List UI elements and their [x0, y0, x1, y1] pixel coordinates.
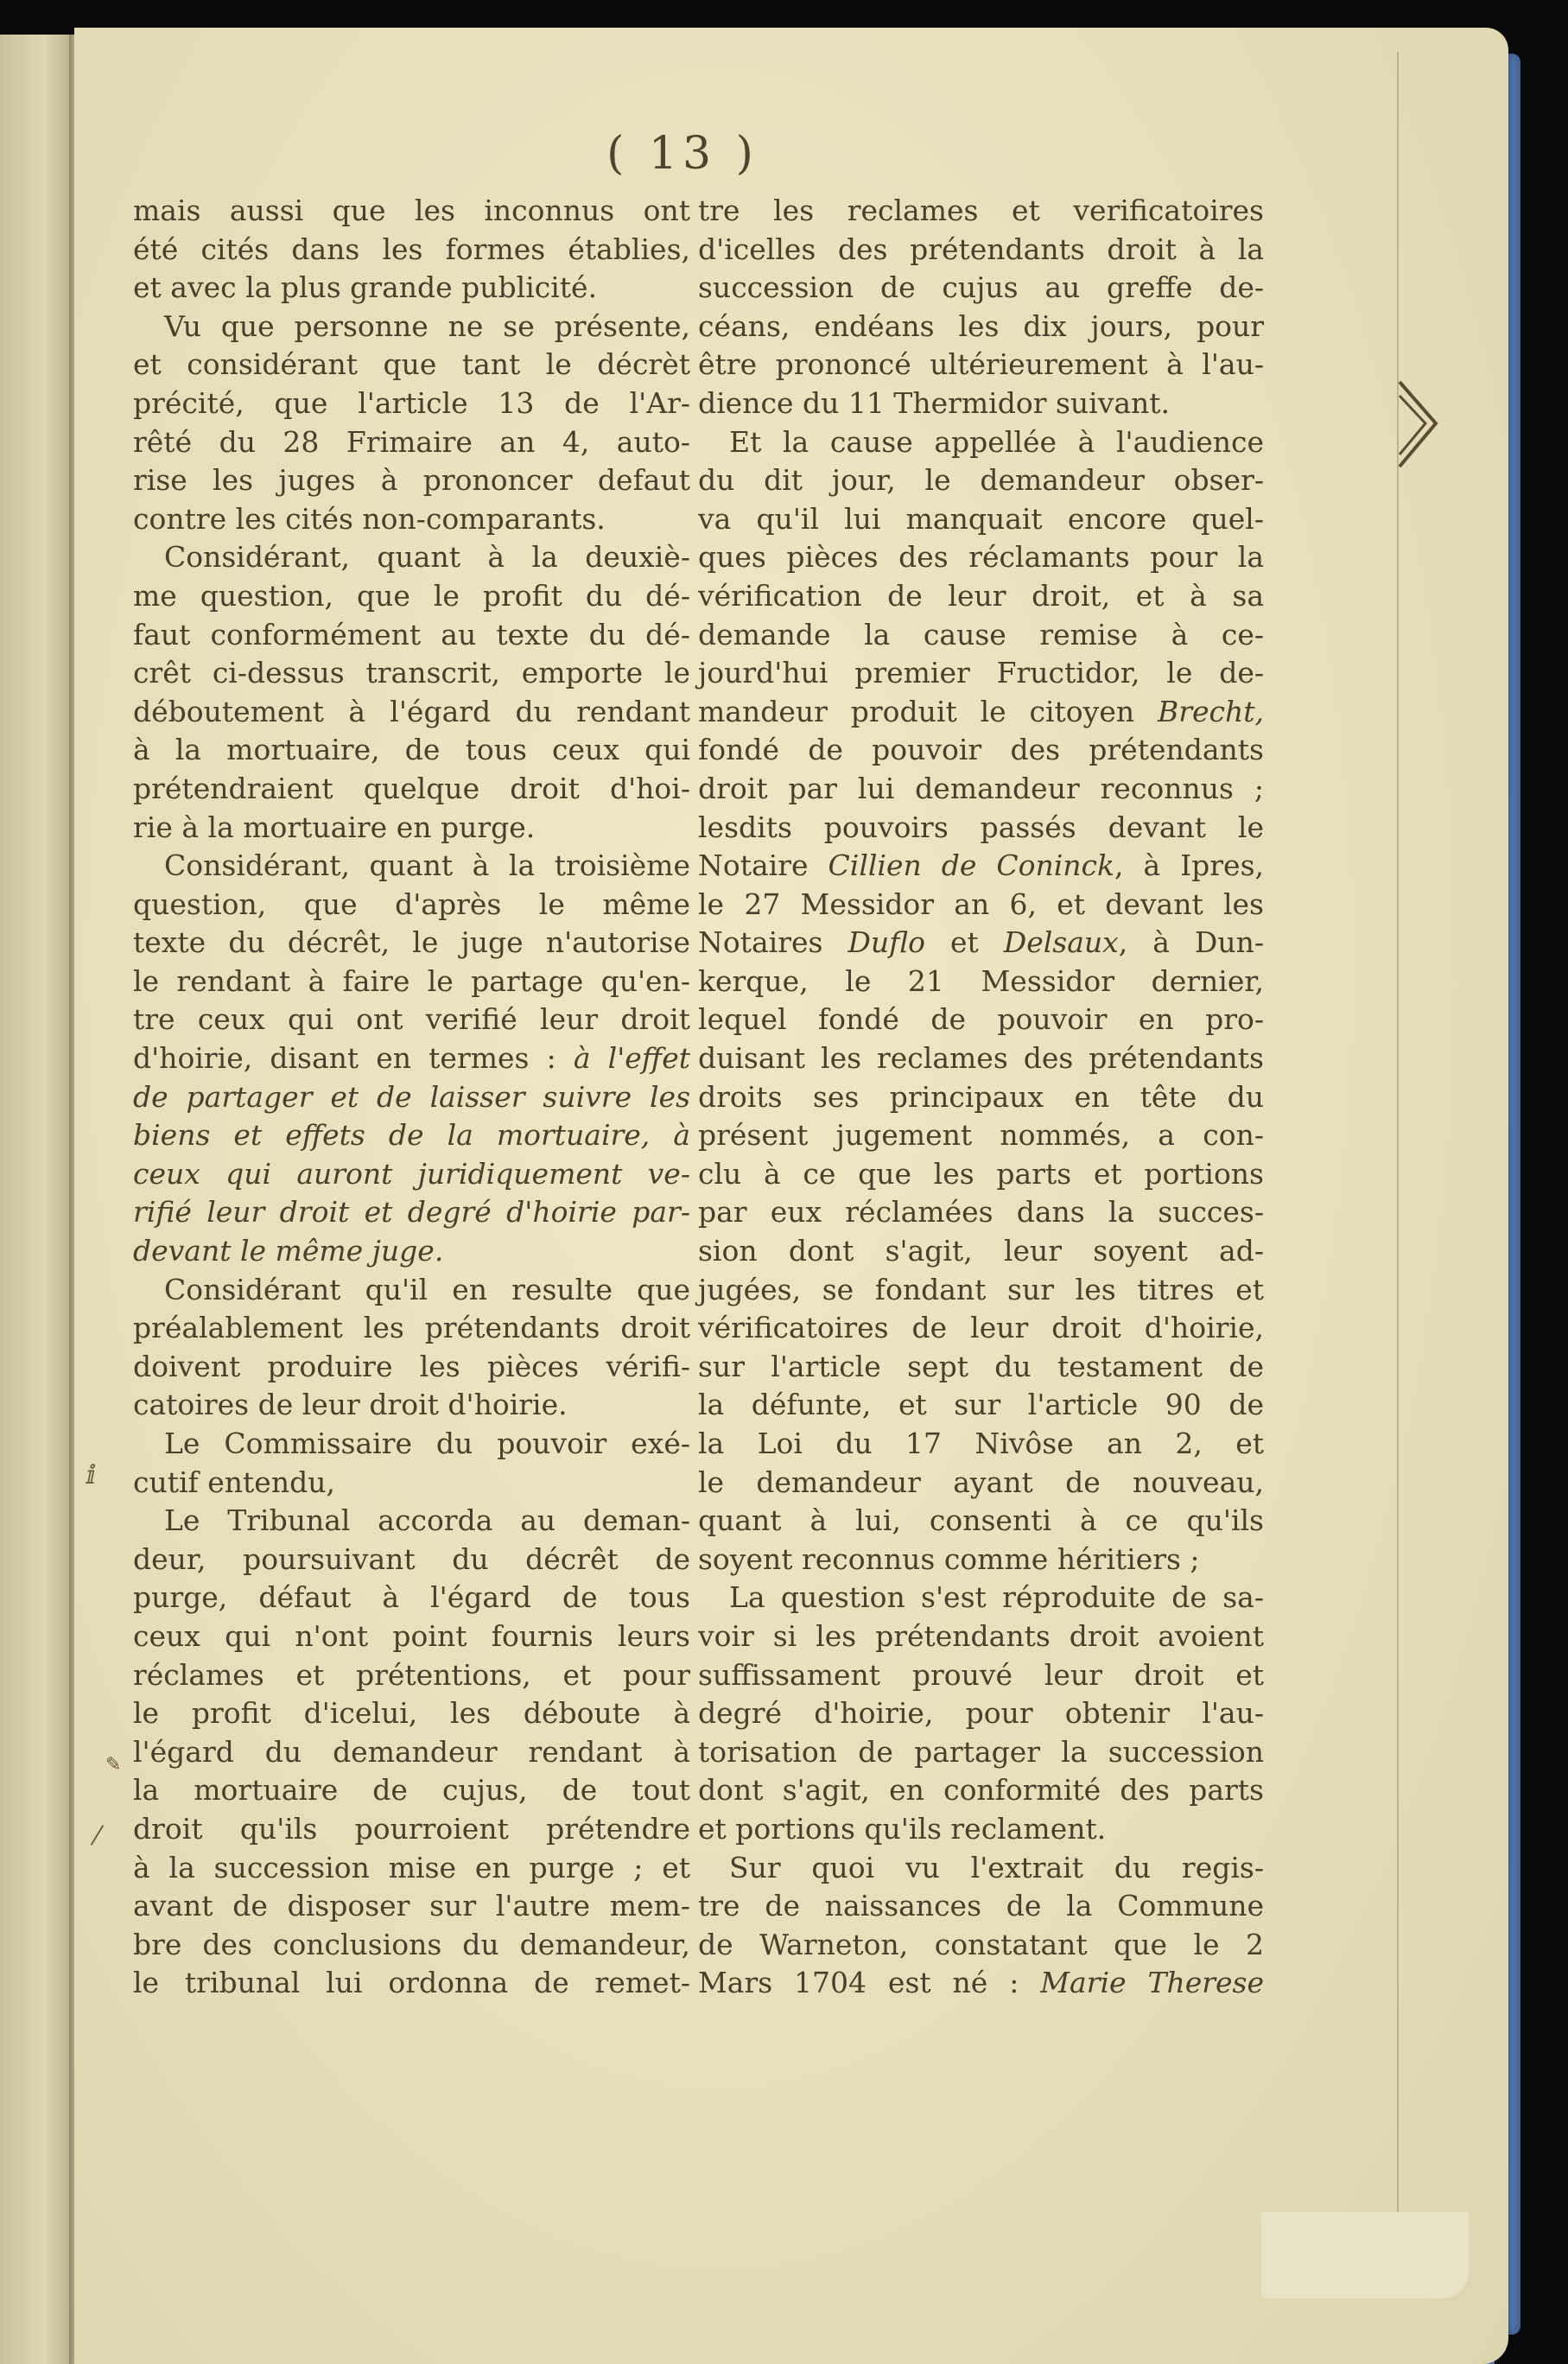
text-line: le tribunal lui ordonna de remet-: [133, 1964, 690, 2003]
text-line: purge, défaut à l'égard de tous: [133, 1579, 690, 1617]
text-line: doivent produire les pièces vérifi-: [133, 1348, 690, 1387]
text-line: Considérant, quant à la troisième: [133, 847, 690, 886]
text-line: Considérant, quant à la deuxiè-: [133, 538, 690, 577]
text-line: fondé de pouvoir des prétendants: [698, 731, 1264, 770]
text-line: kerque, le 21 Messidor dernier,: [698, 963, 1264, 1001]
text-line: et considérant que tant le décrèt: [133, 346, 690, 384]
text-line: tre de naissances de la Commune: [698, 1887, 1264, 1926]
text-line: le 27 Messidor an 6, et devant les: [698, 886, 1264, 925]
text-line: Considérant qu'il en resulte que: [133, 1271, 690, 1310]
text-line: le profit d'icelui, les déboute à: [133, 1694, 690, 1733]
text-line: sion dont s'agit, leur soyent ad-: [698, 1232, 1264, 1271]
text-line: la Loi du 17 Nivôse an 2, et: [698, 1425, 1264, 1464]
text-line: de partager et de laisser suivre les: [133, 1078, 690, 1117]
text-line: été cités dans les formes établies,: [133, 231, 690, 270]
text-line: être prononcé ultérieurement à l'au-: [698, 346, 1264, 384]
text-line: lequel fondé de pouvoir en pro-: [698, 1001, 1264, 1039]
text-line: Notaire Cillien de Coninck, à Ipres,: [698, 847, 1264, 886]
text-line: sur l'article sept du testament de: [698, 1348, 1264, 1387]
text-line: de Warneton, constatant que le 2: [698, 1926, 1264, 1965]
text-line: ceux qui auront juridiquement ve-: [133, 1155, 690, 1194]
text-line: rifié leur droit et degré d'hoirie par-: [133, 1193, 690, 1232]
text-line: céans, endéans les dix jours, pour: [698, 308, 1264, 346]
text-line: lesdits pouvoirs passés devant le: [698, 809, 1264, 848]
text-line: Le Tribunal accorda au deman-: [133, 1502, 690, 1541]
text-line: Le Commissaire du pouvoir exé-: [133, 1425, 690, 1464]
text-line: degré d'hoirie, pour obtenir l'au-: [698, 1694, 1264, 1733]
text-line: Vu que personne ne se présente,: [133, 308, 690, 346]
text-line: vérification de leur droit, et à sa: [698, 577, 1264, 616]
text-line: mandeur produit le citoyen Brecht,: [698, 693, 1264, 732]
text-line: crêt ci-dessus transcrit, emporte le: [133, 654, 690, 693]
text-line: tre ceux qui ont verifié leur droit: [133, 1001, 690, 1039]
torn-page-corner: [1261, 2212, 1469, 2298]
text-line: cutif entendu,: [133, 1464, 690, 1503]
text-line: demande la cause remise à ce-: [698, 616, 1264, 655]
chevron-mark-icon: [1398, 380, 1441, 475]
text-line: rise les juges à prononcer defaut: [133, 461, 690, 500]
text-line: jugées, se fondant sur les titres et: [698, 1271, 1264, 1310]
text-line: ceux qui n'ont point fournis leurs: [133, 1617, 690, 1656]
text-line: tre les reclames et verificatoires: [698, 192, 1264, 231]
text-line: déboutement à l'égard du rendant: [133, 693, 690, 732]
text-line: réclames et prétentions, et pour: [133, 1656, 690, 1695]
text-line: dience du 11 Thermidor suivant.: [698, 384, 1264, 423]
text-line: avant de disposer sur l'autre mem-: [133, 1887, 690, 1926]
text-line: me question, que le profit du dé-: [133, 577, 690, 616]
text-line: l'égard du demandeur rendant à: [133, 1733, 690, 1772]
text-line: la défunte, et sur l'article 90 de: [698, 1386, 1264, 1425]
text-line: et portions qu'ils reclament.: [698, 1810, 1264, 1849]
text-line: d'hoirie, disant en termes : à l'effet: [133, 1039, 690, 1078]
text-line: préalablement les prétendants droit: [133, 1309, 690, 1348]
text-line: le rendant à faire le partage qu'en-: [133, 963, 690, 1001]
text-line: duisant les reclames des prétendants: [698, 1039, 1264, 1078]
text-line: suffissament prouvé leur droit et: [698, 1656, 1264, 1695]
text-line: torisation de partager la succession: [698, 1733, 1264, 1772]
margin-mark: ⅈ: [86, 1460, 96, 1490]
text-line: dont s'agit, en conformité des parts: [698, 1771, 1264, 1810]
margin-mark: ✎: [105, 1754, 121, 1776]
text-line: Et la cause appellée à l'audience: [698, 423, 1264, 462]
margin-mark: ⁄: [95, 1821, 99, 1852]
text-line: la mortuaire de cujus, de tout: [133, 1771, 690, 1810]
text-line: contre les cités non-comparants.: [133, 500, 690, 539]
text-line: Sur quoi vu l'extrait du regis-: [698, 1849, 1264, 1888]
text-line: devant le même juge.: [133, 1232, 690, 1271]
text-line: vérificatoires de leur droit d'hoirie,: [698, 1309, 1264, 1348]
text-line: droits ses principaux en tête du: [698, 1078, 1264, 1117]
text-line: quant à lui, consenti à ce qu'ils: [698, 1502, 1264, 1541]
text-line: rêté du 28 Frimaire an 4, auto-: [133, 423, 690, 462]
text-line: clu à ce que les parts et portions: [698, 1155, 1264, 1194]
text-line: droit par lui demandeur reconnus ;: [698, 770, 1264, 809]
text-line: La question s'est réproduite de sa-: [698, 1579, 1264, 1617]
text-line: et avec la plus grande publicité.: [133, 269, 690, 308]
text-line: question, que d'après le même: [133, 886, 690, 925]
text-line: à la succession mise en purge ; et: [133, 1849, 690, 1888]
text-line: bre des conclusions du demandeur,: [133, 1926, 690, 1965]
text-line: biens et effets de la mortuaire, à: [133, 1116, 690, 1155]
text-line: mais aussi que les inconnus ont: [133, 192, 690, 231]
text-line: ques pièces des réclamants pour la: [698, 538, 1264, 577]
text-line: catoires de leur droit d'hoirie.: [133, 1386, 690, 1425]
text-line: rie à la mortuaire en purge.: [133, 809, 690, 848]
text-line: à la mortuaire, de tous ceux qui: [133, 731, 690, 770]
text-line: présent jugement nommés, a con-: [698, 1116, 1264, 1155]
text-line: va qu'il lui manquait encore quel-: [698, 500, 1264, 539]
text-line: texte du décrêt, le juge n'autorise: [133, 924, 690, 963]
text-line: prétendraient quelque droit d'hoi-: [133, 770, 690, 809]
text-line: le demandeur ayant de nouveau,: [698, 1464, 1264, 1503]
text-line: par eux réclamées dans la succes-: [698, 1193, 1264, 1232]
text-line: jourd'hui premier Fructidor, le de-: [698, 654, 1264, 693]
text-line: Notaires Duflo et Delsaux, à Dun-: [698, 924, 1264, 963]
text-line: d'icelles des prétendants droit à la: [698, 231, 1264, 270]
text-line: deur, poursuivant du décrêt de: [133, 1541, 690, 1579]
text-line: soyent reconnus comme héritiers ;: [698, 1541, 1264, 1579]
text-line: précité, que l'article 13 de l'Ar-: [133, 384, 690, 423]
text-line: voir si les prétendants droit avoient: [698, 1617, 1264, 1656]
text-line: faut conformément au texte du dé-: [133, 616, 690, 655]
text-line: succession de cujus au greffe de-: [698, 269, 1264, 308]
facing-page-edge: [0, 35, 74, 2364]
text-line: Mars 1704 est né : Marie Therese: [698, 1964, 1264, 2003]
text-line: droit qu'ils pourroient prétendre: [133, 1810, 690, 1849]
page-number: ( 13 ): [605, 128, 760, 180]
right-text-column: tre les reclames et verificatoiresd'icel…: [698, 192, 1264, 2003]
left-text-column: mais aussi que les inconnus ontété cités…: [133, 192, 690, 2003]
text-line: du dit jour, le demandeur obser-: [698, 461, 1264, 500]
